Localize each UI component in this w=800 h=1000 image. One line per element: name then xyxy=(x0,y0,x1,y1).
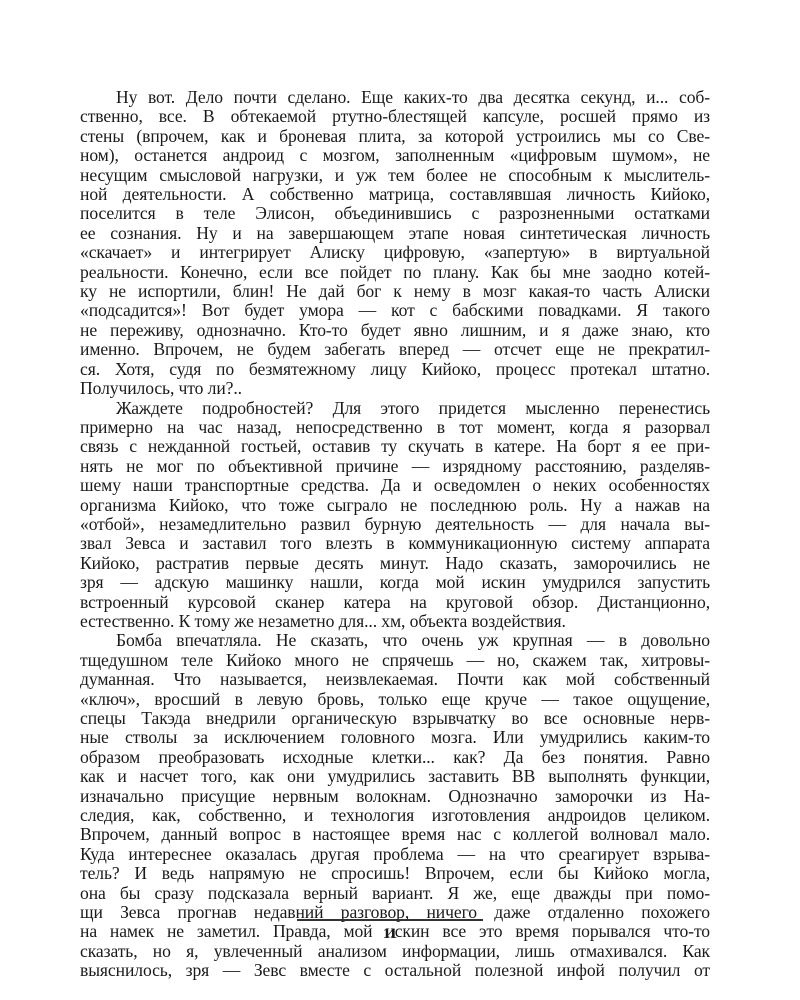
text-line: думанная. Что называется, неизвлекаемая.… xyxy=(80,670,710,689)
text-line: зря — адскую машинку нашли, когда мой ис… xyxy=(80,573,710,592)
text-line: тщедушном теле Кийоко много не спрячешь … xyxy=(80,651,710,670)
text-line: стены (впрочем, как и броневая плита, за… xyxy=(80,127,710,146)
text-line: реальности. Конечно, если все пойдет по … xyxy=(80,263,710,282)
text-line: Получилось, что ли?.. xyxy=(80,379,710,398)
text-line: шему наши транспортные средства. Да и ос… xyxy=(80,476,710,495)
text-line: Бомба впечатляла. Не сказать, что очень … xyxy=(80,631,710,650)
text-line: связь с нежданной гостьей, оставив ту ск… xyxy=(80,437,710,456)
text-line: ном), останется андроид с мозгом, заполн… xyxy=(80,146,710,165)
text-line: не переживу, однозначно. Кто-то будет яв… xyxy=(80,321,710,340)
text-line: она бы сразу подсказала верный вариант. … xyxy=(80,884,710,903)
text-line: ной деятельности. А собственно матрица, … xyxy=(80,185,710,204)
text-line: организма Кийоко, что тоже сыграло не по… xyxy=(80,496,710,515)
paragraph-1: Ну вот. Дело почти сделано. Еще каких-то… xyxy=(80,88,710,399)
text-line: ся. Хотя, судя по безмятежному лицу Кийо… xyxy=(80,360,710,379)
text-line: примерно на час назад, непосредственно в… xyxy=(80,418,710,437)
text-line: ку не испортили, блин! Не дай бог к нему… xyxy=(80,282,710,301)
text-line: звал Зевса и заставил того влезть в комм… xyxy=(80,534,710,553)
footer-rule xyxy=(297,919,483,921)
text-line: спецы Такэда внедрили органическую взрыв… xyxy=(80,709,710,728)
page-number: 11 xyxy=(0,926,780,943)
text-line: выяснилось, зря — Зевс вместе с остально… xyxy=(80,961,710,980)
text-line: «отбой», незамедлительно развил бурную д… xyxy=(80,515,710,534)
text-line: образом преобразовать исходные клетки...… xyxy=(80,748,710,767)
text-line: поселится в теле Элисон, объединившись с… xyxy=(80,204,710,223)
text-line: Впрочем, данный вопрос в настоящее время… xyxy=(80,825,710,844)
paragraph-2: Жаждете подробностей? Для этого придется… xyxy=(80,399,710,632)
text-line: именно. Впрочем, не будем забегать впере… xyxy=(80,340,710,359)
text-line: ственно, все. В обтекаемой ртутно-блестя… xyxy=(80,107,710,126)
text-line: сказать, но я, увлеченный анализом инфор… xyxy=(80,942,710,961)
text-line: ее сознания. Ну и на завершающем этапе н… xyxy=(80,224,710,243)
text-line: «подсадится»! Вот будет умора — кот с ба… xyxy=(80,301,710,320)
text-line: нять не мог по объективной причине — изр… xyxy=(80,457,710,476)
text-line: изначально присущие нервным волокнам. Од… xyxy=(80,787,710,806)
text-line: несущим смысловой нагрузки, и уж тем бол… xyxy=(80,166,710,185)
text-line: «ключ», вросший в левую бровь, только ещ… xyxy=(80,690,710,709)
text-line: встроенный курсовой сканер катера на кру… xyxy=(80,593,710,612)
text-line: Куда интереснее оказалась другая проблем… xyxy=(80,845,710,864)
page-body-text: Ну вот. Дело почти сделано. Еще каких-то… xyxy=(80,88,710,981)
text-line: Ну вот. Дело почти сделано. Еще каких-то… xyxy=(80,88,710,107)
text-line: как и насчет того, как они умудрились за… xyxy=(80,767,710,786)
text-line: следия, как, собственно, и технология из… xyxy=(80,806,710,825)
text-line: Жаждете подробностей? Для этого придется… xyxy=(80,399,710,418)
text-line: ные стволы за исключением головного мозг… xyxy=(80,728,710,747)
text-line: «скачает» и интегрирует Алиску цифровую,… xyxy=(80,243,710,262)
text-line: естественно. К тому же незаметно для... … xyxy=(80,612,710,631)
text-line: Кийоко, растратив первые десять минут. Н… xyxy=(80,554,710,573)
text-line: тель? И ведь напрямую не спросишь! Впроч… xyxy=(80,864,710,883)
